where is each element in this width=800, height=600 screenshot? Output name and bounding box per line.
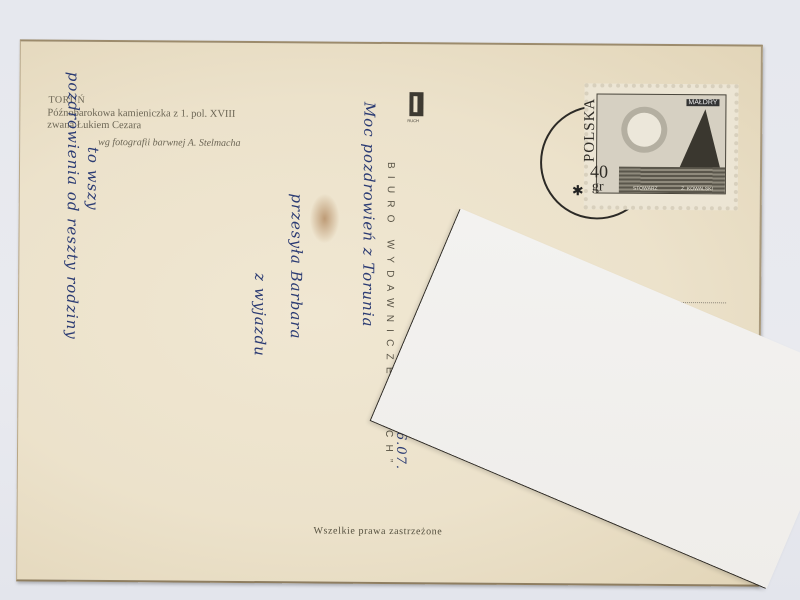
rights-notice: Wszelkie prawa zastrzeżone (313, 525, 442, 537)
stamp-badge: MAŁDRY (686, 99, 719, 106)
handwritten-line: z wyjazdu (251, 273, 270, 357)
stamp-country: POLSKA (582, 98, 599, 162)
sun-icon (627, 113, 661, 147)
handwritten-line: to wszy (84, 147, 102, 211)
handwritten-line: przesyła Barbara (287, 193, 306, 339)
stain (309, 193, 339, 243)
handwritten-greeting: Moc pozdrowień z Torunia (359, 102, 379, 328)
stamp-artist-left: STOWARZ (633, 186, 658, 192)
logo-label: RUCH (407, 118, 419, 123)
ruch-logo-icon (409, 92, 423, 116)
handwritten-line: pozdrowienia od reszty rodziny (63, 72, 83, 340)
stamp-artist-right: Z. KOWALSKI (681, 186, 713, 192)
caption-credit: wg fotografii barwnej A. Stelmacha (98, 137, 240, 150)
postage-stamp: MAŁDRY STOWARZ Z. KOWALSKI POLSKA 40 gr (570, 83, 741, 214)
caption-line-2: zwana Łukiem Cezara (47, 120, 141, 133)
stamp-unit: gr (592, 179, 604, 195)
stamp-value: 40 (590, 163, 608, 179)
